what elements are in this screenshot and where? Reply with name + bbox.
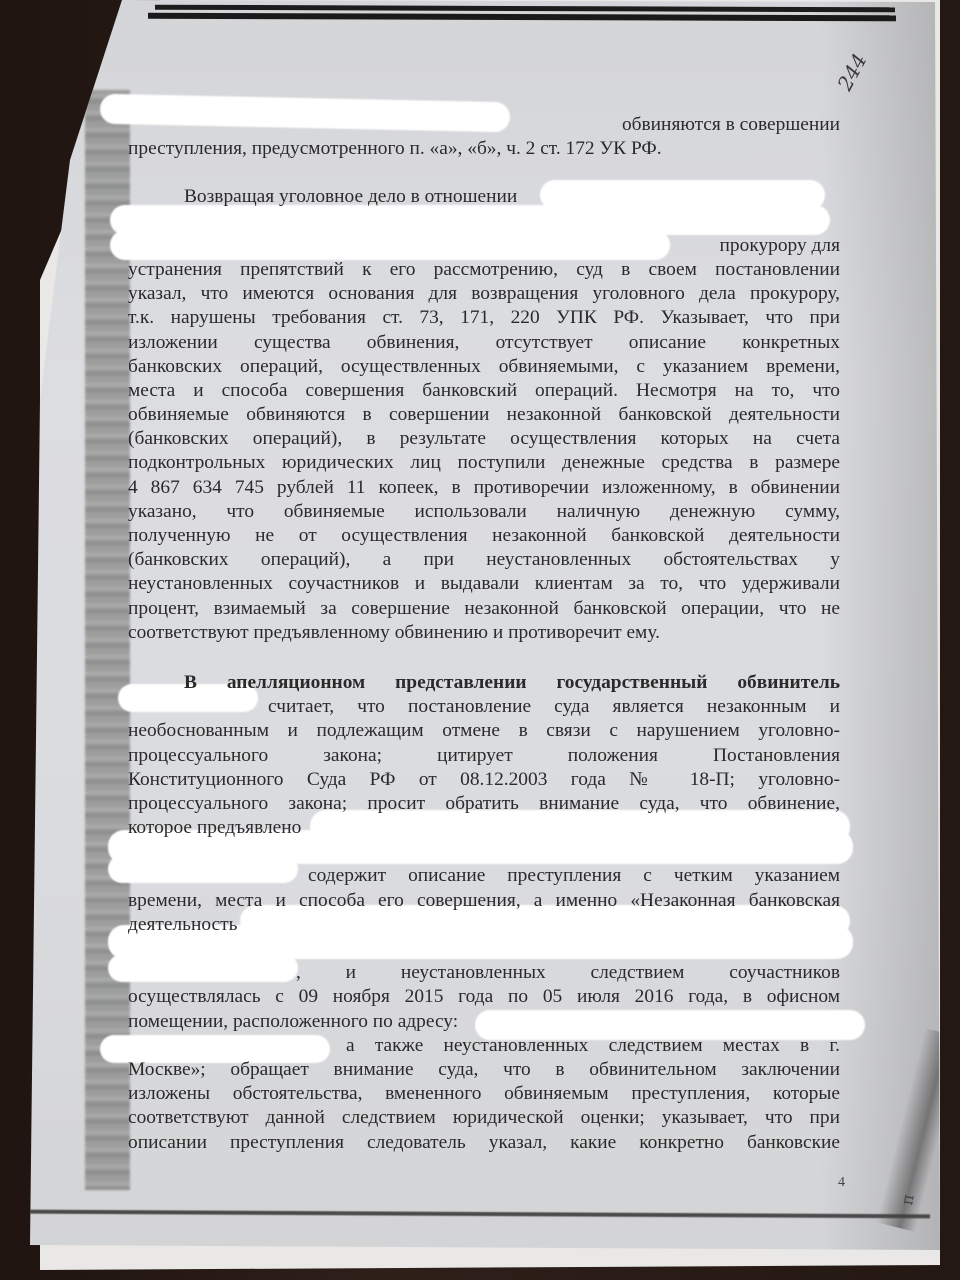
text-line: Конституционного Суда РФ от 08.12.2003 г…: [128, 768, 840, 792]
paragraph-gap: [128, 161, 840, 185]
text-line: т.к. нарушены требования ст. 73, 171, 22…: [128, 306, 840, 330]
top-border-line-2: [148, 13, 896, 22]
text-line: (банковских операций), а при неустановле…: [128, 548, 840, 572]
text-line: преступления, предусмотренного п. «а», «…: [128, 137, 840, 161]
text-line: которое предъявлено: [128, 816, 840, 840]
text-line: места и способа совершения банковский оп…: [128, 379, 840, 403]
text-line: времени, места и способа его совершения,…: [128, 889, 840, 913]
text-line-redacted: [128, 210, 840, 234]
top-border-line: [155, 5, 895, 13]
text-line: а также неустановленных следствием места…: [128, 1034, 840, 1058]
page-number: 4: [838, 1175, 845, 1191]
text-line: указано, что обвиняемые использовали нал…: [128, 500, 840, 524]
text-line: деятельность: [128, 913, 840, 937]
text-fragment: обвиняются в совершении: [622, 114, 840, 135]
paragraph: В апелляционном представлении государств…: [128, 671, 840, 1155]
text-line: изложении существа обвинения, отсутствуе…: [128, 331, 840, 355]
text-line: (банковских операций), в результате осущ…: [128, 427, 840, 451]
text-line: прокурору для: [128, 234, 840, 258]
text-line: полученную не от осуществления незаконно…: [128, 524, 840, 548]
text-line: неустановленных соучастников и выдавали …: [128, 572, 840, 596]
text-line: осуществлялась с 09 ноября 2015 года по …: [128, 985, 840, 1009]
paragraph: Возвращая уголовное дело в отношении про…: [128, 185, 840, 645]
text-line: Возвращая уголовное дело в отношении: [128, 185, 840, 209]
text-line: процент, взимаемый за совершение незакон…: [128, 597, 840, 621]
text-line: помещении, расположенного по адресу:: [128, 1010, 840, 1034]
text-line: считает, что постановление суда является…: [128, 695, 840, 719]
document-body: обвиняются в совершении преступления, пр…: [128, 113, 840, 1155]
text-line: необоснованным и подлежащим отмене в свя…: [128, 719, 840, 743]
text-line: обвиняются в совершении: [128, 113, 840, 137]
text-line: содержит описание преступления с четким …: [128, 864, 840, 888]
text-line: подконтрольных юридических лиц поступили…: [128, 451, 840, 475]
paragraph: обвиняются в совершении преступления, пр…: [128, 113, 840, 161]
text-line: банковских операций, осуществленных обви…: [128, 355, 840, 379]
text-line-heading: В апелляционном представлении государств…: [128, 671, 840, 695]
text-line-redacted: [128, 937, 840, 961]
text-line: обвиняемые обвиняются в совершении незак…: [128, 403, 840, 427]
text-line: устранения препятствий к его рассмотрени…: [128, 258, 840, 282]
text-line: процессуального закона; цитирует положен…: [128, 744, 840, 768]
text-line: соответствуют предъявленному обвинению и…: [128, 621, 840, 645]
text-line: Москве»; обращает внимание суда, что в о…: [128, 1058, 840, 1082]
paragraph-gap: [128, 645, 840, 671]
text-line: процессуального закона; просит обратить …: [128, 792, 840, 816]
text-line: соответствуют данной следствием юридичес…: [128, 1106, 840, 1130]
text-line: описании преступления следователь указал…: [128, 1131, 840, 1155]
text-line: 4 867 634 745 рублей 11 копеек, в против…: [128, 476, 840, 500]
text-line: указал, что имеются основания для возвра…: [128, 282, 840, 306]
text-line-redacted: [128, 840, 840, 864]
bottom-border-line: [30, 1210, 930, 1219]
text-line: , и неустановленных следствием соучастни…: [128, 961, 840, 985]
text-line: изложены обстоятельства, вмененного обви…: [128, 1082, 840, 1106]
